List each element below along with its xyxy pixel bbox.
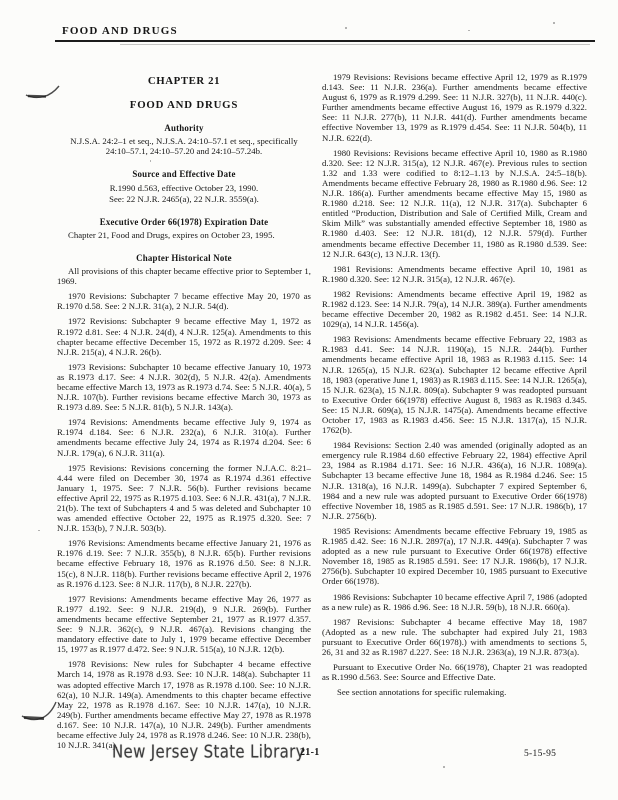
expiration-text: Chapter 21, Food and Drugs, expires on O… — [57, 230, 311, 240]
revision-paragraph-1981: 1981 Revisions: Amendments became effect… — [322, 264, 587, 284]
authority-heading: Authority — [57, 123, 311, 133]
expiration-heading: Executive Order 66(1978) Expiration Date — [57, 217, 311, 227]
revision-paragraph-1980: 1980 Revisions: Revisions became effecti… — [322, 148, 587, 259]
scan-speck — [443, 766, 445, 768]
revision-paragraph-1976: 1976 Revisions: Amendments became effect… — [57, 538, 311, 588]
revision-paragraph-1983: 1983 Revisions: Amendments became effect… — [322, 334, 587, 435]
chapter-title: FOOD AND DRUGS — [57, 100, 311, 110]
footer-date: 5-15-95 — [524, 749, 556, 759]
running-header-title: FOOD AND DRUGS — [62, 25, 178, 37]
source-line: R.1990 d.563, effective October 23, 1990… — [57, 183, 311, 193]
header-rule — [55, 40, 595, 42]
scan-speck — [38, 530, 40, 531]
readoption-paragraph: Pursuant to Executive Order No. 66(1978)… — [322, 662, 587, 682]
scan-speck — [345, 27, 347, 29]
source-heading: Source and Effective Date — [57, 169, 311, 179]
header-rule-shadow — [120, 44, 590, 45]
right-column: 1979 Revisions: Revisions became effecti… — [322, 70, 587, 697]
revision-paragraph-1975: 1975 Revisions: Revisions concerning the… — [57, 463, 311, 534]
chapter-number-heading: CHAPTER 21 — [57, 76, 311, 86]
scan-speck — [150, 160, 151, 162]
authority-text: N.J.S.A. 24:2–1 et seq., N.J.S.A. 24:10–… — [57, 136, 311, 156]
scan-speck — [468, 30, 470, 31]
source-line: See: 22 N.J.R. 2465(a), 22 N.J.R. 3559(a… — [57, 194, 311, 204]
revision-paragraph-1986: 1986 Revisions: Subchapter 10 became eff… — [322, 592, 587, 612]
page-number: 21-1 — [300, 747, 320, 758]
left-column: CHAPTER 21 FOOD AND DRUGS Authority N.J.… — [57, 72, 311, 750]
revision-paragraph-1985: 1985 Revisions: Amendments became effect… — [322, 526, 587, 587]
revision-paragraph-1987: 1987 Revisions: Subchapter 4 became effe… — [322, 617, 587, 657]
revision-paragraph-1973: 1973 Revisions: Subchapter 10 became eff… — [57, 362, 311, 412]
historical-note-heading: Chapter Historical Note — [57, 253, 311, 263]
library-stamp: New Jersey State Library — [112, 742, 305, 762]
pen-mark-bottom-left — [18, 696, 60, 726]
historical-note-intro: All provisions of this chapter became ef… — [57, 266, 311, 286]
revision-paragraph-1979: 1979 Revisions: Revisions became effecti… — [322, 72, 587, 143]
revision-paragraph-1970: 1970 Revisions: Subchapter 7 became effe… — [57, 291, 311, 311]
annotations-note: See section annotations for specific rul… — [322, 687, 587, 697]
revision-paragraph-1984: 1984 Revisions: Section 2.40 was amended… — [322, 440, 587, 521]
revision-paragraph-1982: 1982 Revisions: Amendments became effect… — [322, 289, 587, 329]
revision-paragraph-1972: 1972 Revisions: Subchapter 9 became effe… — [57, 316, 311, 356]
revision-paragraph-1978: 1978 Revisions: New rules for Subchapter… — [57, 659, 311, 750]
scan-speck — [553, 22, 555, 24]
revision-paragraph-1977: 1977 Revisions: Amendments became effect… — [57, 594, 311, 655]
scanned-document-page: FOOD AND DRUGS CHAPTER 21 FOOD AND DRUGS… — [0, 0, 618, 800]
revision-paragraph-1974: 1974 Revisions: Amendments became effect… — [57, 417, 311, 457]
